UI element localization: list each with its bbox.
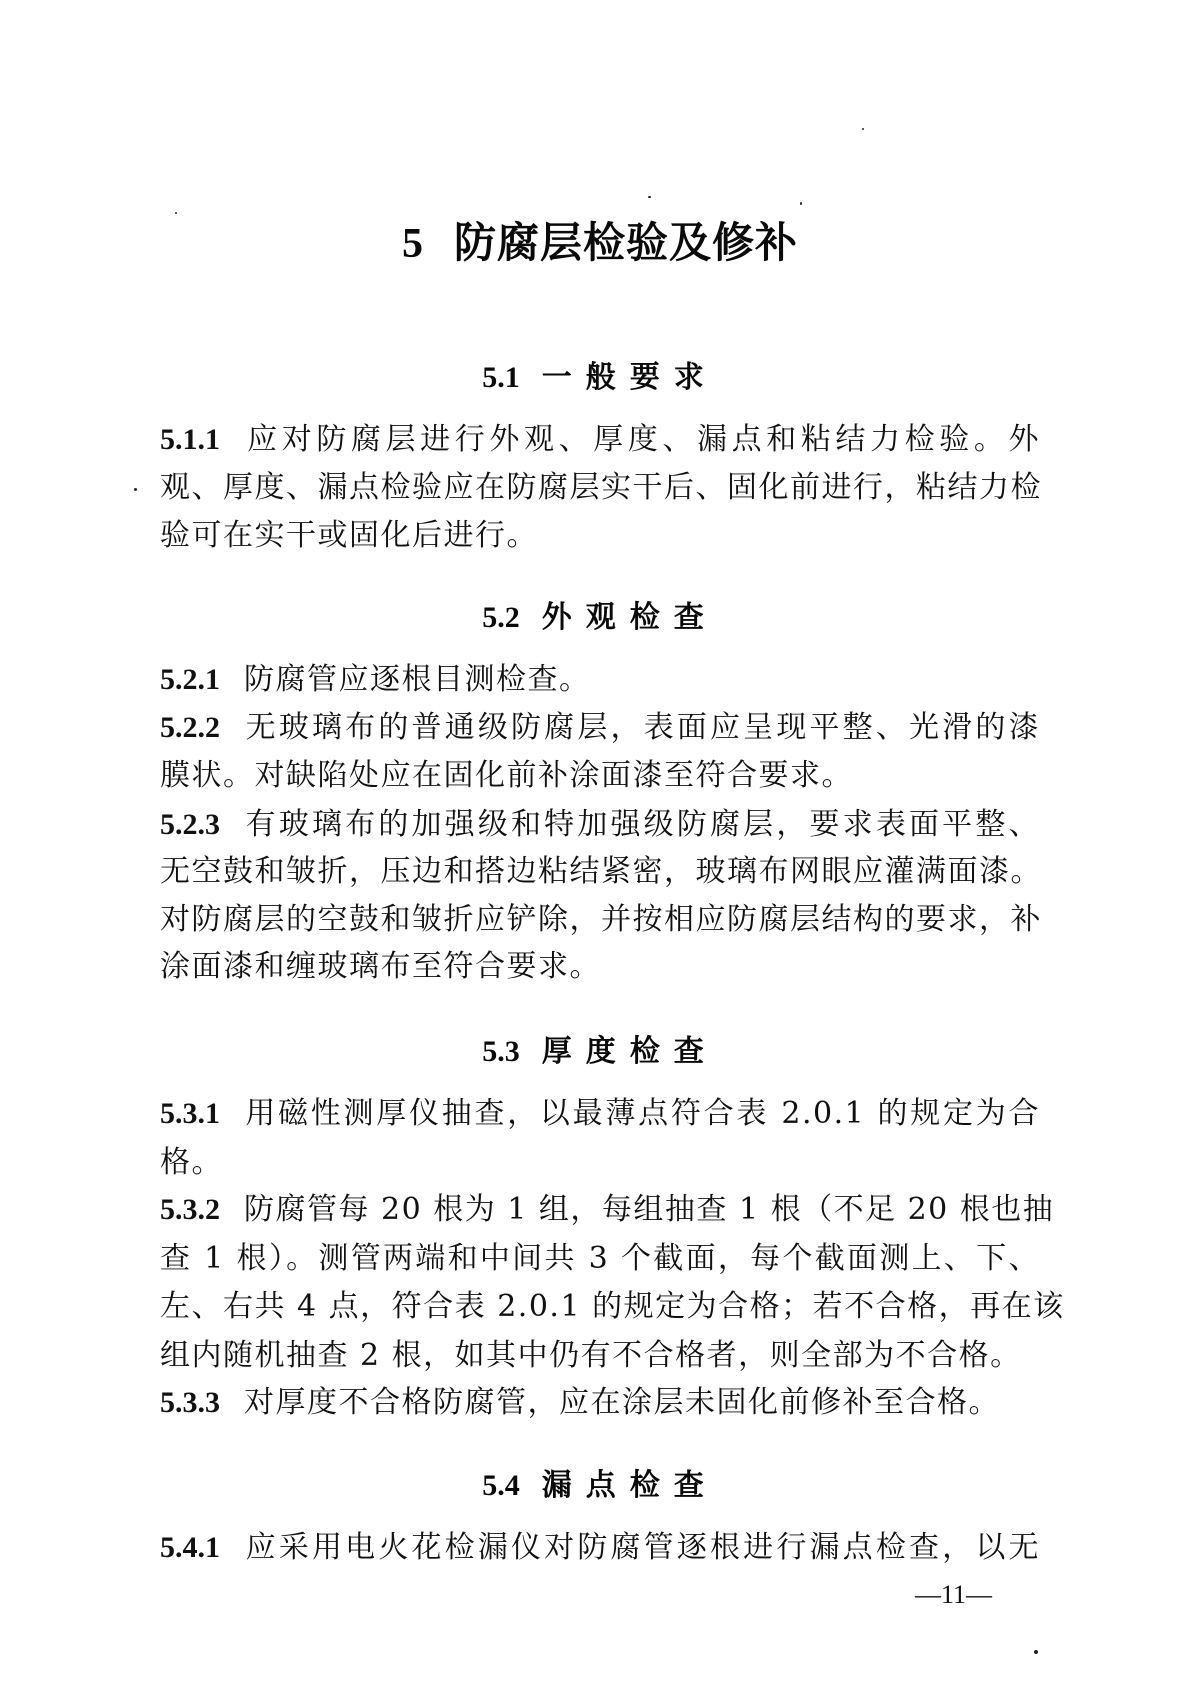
clause-text: 有玻璃布的加强级和特加强级防腐层，要求表面平整、 bbox=[244, 807, 1040, 842]
clause-5-3-1-line-1: 5.3.1用磁性测厚仪抽查，以最薄点符合表 2.0.1 的规定为合 bbox=[160, 1094, 1040, 1134]
document-page: 5防腐层检验及修补 5.1一般要求 5.1.1应对防腐层进行外观、厚度、漏点和粘… bbox=[0, 0, 1200, 1698]
clause-number: 5.2.1 bbox=[160, 663, 220, 696]
clause-5-1-1-line-3: 验可在实干或固化后进行。 bbox=[160, 516, 1040, 556]
section-number: 5.4 bbox=[482, 1469, 520, 1502]
page-number: —11— bbox=[915, 1580, 992, 1610]
clause-5-4-1-line-1: 5.4.1应采用电火花检漏仪对防腐管逐根进行漏点检查，以无 bbox=[160, 1528, 1040, 1568]
section-heading-5-2: 5.2外观检查 bbox=[0, 592, 1200, 636]
clause-5-3-1-line-2: 格。 bbox=[160, 1143, 1040, 1183]
clause-number: 5.2.3 bbox=[160, 808, 220, 841]
clause-text: 验可在实干或固化后进行。 bbox=[160, 518, 538, 553]
clause-5-3-2-line-3: 左、右共 4 点，符合表 2.0.1 的规定为合格；若不合格，再在该 bbox=[160, 1287, 1040, 1327]
clause-number: 5.4.1 bbox=[160, 1531, 220, 1564]
clause-5-3-2-line-1: 5.3.2防腐管每 20 根为 1 组，每组抽查 1 根（不足 20 根也抽 bbox=[160, 1190, 1040, 1230]
clause-5-2-3-line-2: 无空鼓和皱折，压边和搭边粘结紧密，玻璃布网眼应灌满面漆。 bbox=[160, 852, 1040, 892]
clause-5-2-2-line-2: 膜状。对缺陷处应在固化前补涂面漆至符合要求。 bbox=[160, 756, 1040, 796]
clause-text: 膜状。对缺陷处应在固化前补涂面漆至符合要求。 bbox=[160, 758, 853, 793]
clause-5-1-1-line-1: 5.1.1应对防腐层进行外观、厚度、漏点和粘结力检验。外 bbox=[160, 420, 1040, 460]
clause-text: 格。 bbox=[160, 1145, 223, 1180]
chapter-number: 5 bbox=[402, 221, 424, 267]
clause-5-1-1-line-2: 观、厚度、漏点检验应在防腐层实干后、固化前进行，粘结力检 bbox=[160, 468, 1040, 508]
section-heading-5-1: 5.1一般要求 bbox=[0, 352, 1200, 396]
clause-5-2-3-line-1: 5.2.3有玻璃布的加强级和特加强级防腐层，要求表面平整、 bbox=[160, 805, 1040, 845]
clause-5-2-2-line-1: 5.2.2无玻璃布的普通级防腐层，表面应呈现平整、光滑的漆 bbox=[160, 708, 1040, 748]
clause-text: 防腐管每 20 根为 1 组，每组抽查 1 根（不足 20 根也抽 bbox=[244, 1192, 1054, 1227]
clause-text: 组内随机抽查 2 根，如其中仍有不合格者，则全部为不合格。 bbox=[160, 1338, 1022, 1373]
clause-text: 应采用电火花检漏仪对防腐管逐根进行漏点检查，以无 bbox=[244, 1530, 1040, 1565]
clause-5-3-2-line-2: 查 1 根）。测管两端和中间共 3 个截面，每个截面测上、下、 bbox=[160, 1239, 1040, 1279]
section-title: 一般要求 bbox=[542, 360, 718, 395]
clause-text: 涂面漆和缠玻璃布至符合要求。 bbox=[160, 949, 601, 984]
chapter-title: 5防腐层检验及修补 bbox=[0, 210, 1200, 270]
clause-text: 查 1 根）。测管两端和中间共 3 个截面，每个截面测上、下、 bbox=[160, 1241, 1040, 1276]
clause-5-3-2-line-4: 组内随机抽查 2 根，如其中仍有不合格者，则全部为不合格。 bbox=[160, 1336, 1040, 1376]
clause-number: 5.2.2 bbox=[160, 711, 220, 744]
scan-speck bbox=[862, 128, 864, 130]
section-number: 5.1 bbox=[482, 361, 520, 394]
clause-5-2-1-line-1: 5.2.1防腐管应逐根目测检查。 bbox=[160, 660, 1040, 700]
clause-number: 5.3.1 bbox=[160, 1097, 220, 1130]
clause-text: 无玻璃布的普通级防腐层，表面应呈现平整、光滑的漆 bbox=[244, 710, 1040, 745]
clause-number: 5.3.3 bbox=[160, 1386, 220, 1419]
section-heading-5-3: 5.3厚度检查 bbox=[0, 1026, 1200, 1070]
section-heading-5-4: 5.4漏点检查 bbox=[0, 1460, 1200, 1504]
clause-text: 用磁性测厚仪抽查，以最薄点符合表 2.0.1 的规定为合 bbox=[244, 1096, 1040, 1131]
section-title: 漏点检查 bbox=[542, 1468, 718, 1503]
clause-text: 左、右共 4 点，符合表 2.0.1 的规定为合格；若不合格，再在该 bbox=[160, 1289, 1065, 1324]
clause-text: 应对防腐层进行外观、厚度、漏点和粘结力检验。外 bbox=[244, 422, 1040, 457]
clause-number: 5.3.2 bbox=[160, 1193, 220, 1226]
section-title: 厚度检查 bbox=[542, 1034, 718, 1069]
scan-speck bbox=[648, 196, 651, 198]
section-number: 5.3 bbox=[482, 1035, 520, 1068]
scan-speck bbox=[800, 202, 802, 205]
clause-text: 无空鼓和皱折，压边和搭边粘结紧密，玻璃布网眼应灌满面漆。 bbox=[160, 854, 1042, 889]
clause-text: 观、厚度、漏点检验应在防腐层实干后、固化前进行，粘结力检 bbox=[160, 470, 1042, 505]
chapter-title-text: 防腐层检验及修补 bbox=[454, 218, 798, 267]
clause-text: 对厚度不合格防腐管，应在涂层未固化前修补至合格。 bbox=[244, 1385, 1000, 1420]
clause-5-3-3-line-1: 5.3.3对厚度不合格防腐管，应在涂层未固化前修补至合格。 bbox=[160, 1383, 1040, 1423]
clause-number: 5.1.1 bbox=[160, 423, 220, 456]
scan-speck bbox=[1034, 1650, 1038, 1654]
section-title: 外观检查 bbox=[542, 600, 718, 635]
scan-speck bbox=[134, 488, 137, 491]
section-number: 5.2 bbox=[482, 601, 520, 634]
clause-5-2-3-line-4: 涂面漆和缠玻璃布至符合要求。 bbox=[160, 947, 1040, 987]
clause-text: 对防腐层的空鼓和皱折应铲除，并按相应防腐层结构的要求，补 bbox=[160, 902, 1042, 937]
clause-5-2-3-line-3: 对防腐层的空鼓和皱折应铲除，并按相应防腐层结构的要求，补 bbox=[160, 900, 1040, 940]
clause-text: 防腐管应逐根目测检查。 bbox=[244, 662, 591, 697]
